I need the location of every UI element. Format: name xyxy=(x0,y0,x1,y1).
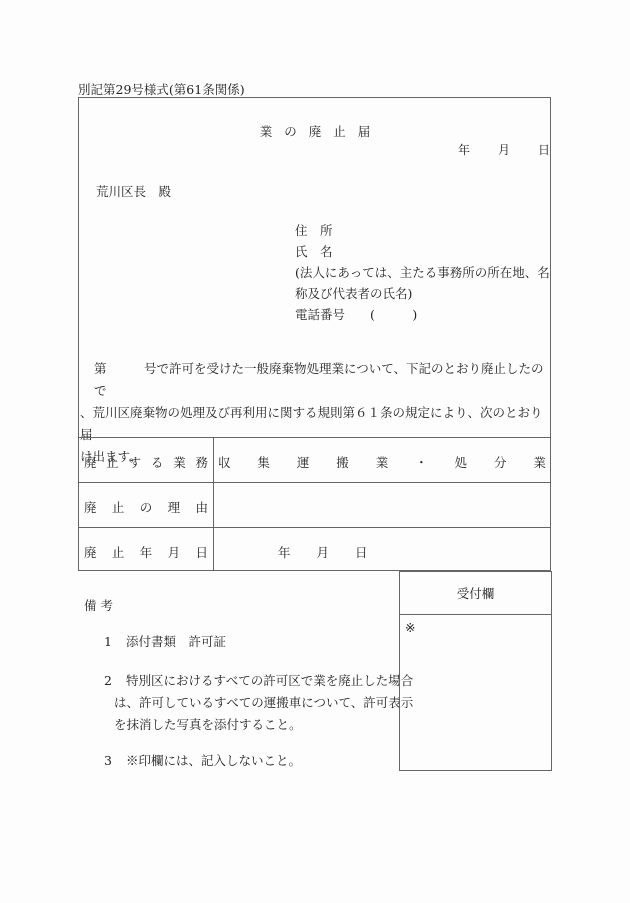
value-char: 処 xyxy=(455,453,468,471)
remarks-title: 備 考 xyxy=(84,596,113,614)
reception-box: 受付欄 ※ xyxy=(399,571,552,771)
label-char: 務 xyxy=(195,453,208,471)
label-char: 日 xyxy=(195,543,208,561)
title-char: 届 xyxy=(358,124,371,139)
value-char: 運 xyxy=(297,453,310,471)
submission-date: 年月日 xyxy=(458,141,550,158)
label-char: 年 xyxy=(140,543,153,561)
label-char: 廃 xyxy=(84,543,97,561)
declaration-line: 第 号で許可を受けた一般廃棄物処理業について、下記のとおり廃止したので xyxy=(80,358,550,402)
label-char: 止 xyxy=(112,543,125,561)
note-text: ※印欄には、記入しないこと。 xyxy=(126,753,301,768)
label-char: 止 xyxy=(112,498,125,516)
label-char: 廃 xyxy=(84,498,97,516)
year-label: 年 xyxy=(278,545,291,560)
day-label: 日 xyxy=(538,143,550,157)
address-label: 住 所 xyxy=(295,220,550,241)
reason-field[interactable] xyxy=(214,483,550,526)
note-text: 特別区におけるすべての許可区で業を廃止した場合 xyxy=(126,673,413,688)
discontinued-business-value: 収 集 運 搬 業 ・ 処 分 業 xyxy=(218,453,546,471)
table-row-label-reason: 廃 止 の 理 由 xyxy=(84,498,208,516)
remark-note-3: 3※印欄には、記入しないこと。 xyxy=(104,750,301,772)
value-char: 分 xyxy=(494,453,507,471)
month-label: 月 xyxy=(317,545,330,560)
form-number-label: 別記第29号様式(第61条関係) xyxy=(78,80,245,98)
day-label: 日 xyxy=(355,545,368,560)
remark-note-2: 2特別区におけるすべての許可区で業を廃止した場合 は、許可しているすべての運搬車… xyxy=(104,670,413,736)
year-label: 年 xyxy=(458,143,470,157)
label-char: 由 xyxy=(195,498,208,516)
phone-label: 電話番号 ( ) xyxy=(295,304,550,325)
table-divider xyxy=(78,437,551,438)
declaration-text: 第 号で許可を受けた一般廃棄物処理業について、下記のとおり廃止したので 、荒川区… xyxy=(80,358,550,468)
remark-note-1: 1添付書類 許可証 xyxy=(104,631,226,653)
label-char: 業 xyxy=(173,453,186,471)
label-char: の xyxy=(140,498,153,516)
value-char: ・ xyxy=(415,453,428,471)
label-char: す xyxy=(129,453,142,471)
form-title: 業の廃止届 xyxy=(0,122,630,140)
corporate-note: (法人にあっては、主たる事務所の所在地、名 xyxy=(295,262,550,283)
label-char: 廃 xyxy=(84,453,97,471)
title-char: 止 xyxy=(333,124,346,139)
note-number: 3 xyxy=(104,750,126,772)
month-label: 月 xyxy=(498,143,510,157)
label-char: 月 xyxy=(168,543,181,561)
value-char: 集 xyxy=(257,453,270,471)
table-row-label-discontinued-business: 廃 止 す る 業 務 xyxy=(84,453,208,471)
value-char: 搬 xyxy=(336,453,349,471)
note-number: 2 xyxy=(104,670,126,692)
value-char: 業 xyxy=(533,453,546,471)
reception-header: 受付欄 xyxy=(400,572,551,615)
addressee: 荒川区長 殿 xyxy=(96,182,171,200)
value-char: 業 xyxy=(376,453,389,471)
declaration-line: 、荒川区廃棄物の処理及び再利用に関する規則第６１条の規定により、次のとおり届 xyxy=(80,402,550,446)
corporate-note-cont: 称及び代表者の氏名) xyxy=(295,283,550,304)
table-row-label-date: 廃 止 年 月 日 xyxy=(84,543,208,561)
label-char: る xyxy=(151,453,164,471)
table-divider xyxy=(78,527,551,528)
value-char: 収 xyxy=(218,453,231,471)
title-char: の xyxy=(284,124,297,139)
note-text: 添付書類 許可証 xyxy=(126,634,226,649)
discontinuation-date-field[interactable]: 年月日 xyxy=(278,543,368,561)
title-char: 業 xyxy=(260,124,273,139)
label-char: 止 xyxy=(106,453,119,471)
label-char: 理 xyxy=(168,498,181,516)
note-number: 1 xyxy=(104,631,126,653)
applicant-block: 住 所 氏 名 (法人にあっては、主たる事務所の所在地、名 称及び代表者の氏名)… xyxy=(295,220,550,325)
note-text: は、許可しているすべての運搬車について、許可表示 xyxy=(104,692,413,714)
title-char: 廃 xyxy=(309,124,322,139)
note-text: を抹消した写真を添付すること。 xyxy=(104,714,413,736)
reference-mark: ※ xyxy=(405,620,415,635)
name-label: 氏 名 xyxy=(295,241,550,262)
